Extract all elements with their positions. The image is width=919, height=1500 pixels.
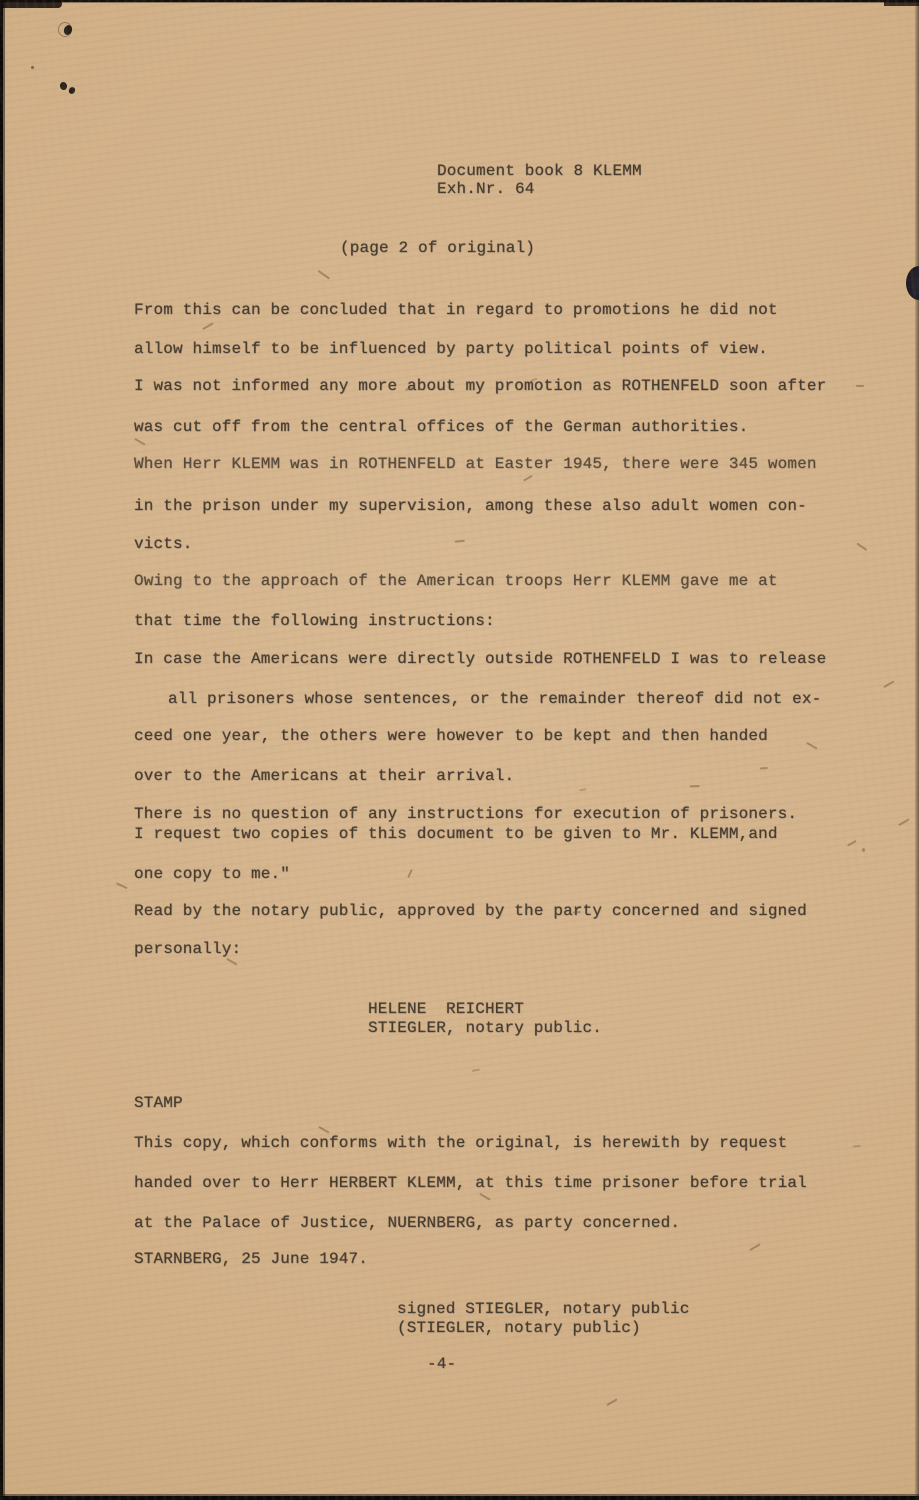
signed-notary-line: (STIEGLER, notary public) (397, 1318, 641, 1338)
stamp-label: STAMP (134, 1093, 183, 1113)
body-line: over to the Americans at their arrival. (134, 766, 514, 786)
paper-fiber-mark (749, 1243, 760, 1250)
page-number: -4- (427, 1354, 456, 1374)
body-line: I was not informed any more about my pro… (134, 376, 826, 396)
paper-fiber-mark (847, 840, 856, 846)
paper-fiber-mark (472, 1069, 480, 1072)
signed-notary-line: signed STIEGLER, notary public (397, 1299, 690, 1319)
body-line: was cut off from the central offices of … (134, 417, 748, 437)
paper-fiber-mark (853, 1145, 861, 1147)
body-line: allow himself to be influenced by party … (134, 339, 768, 359)
certification-line: This copy, which conforms with the origi… (134, 1133, 787, 1153)
paper-fiber-mark (579, 788, 586, 791)
body-line: victs. (134, 534, 193, 554)
scanned-document-page: Document book 8 KLEMM Exh.Nr. 64 (page 2… (0, 0, 919, 1500)
body-line: in the prison under my supervision, amon… (134, 496, 807, 516)
ink-spot (59, 81, 68, 91)
paper-fiber-mark (856, 385, 864, 387)
scan-corner-top-right (884, 0, 919, 6)
page-of-original-note: (page 2 of original) (340, 238, 535, 258)
scan-edge-left (0, 0, 5, 1500)
scan-edge-top (0, 0, 919, 3)
paper-fiber-mark (898, 818, 909, 825)
scan-edge-bottom (0, 1494, 919, 1500)
certification-line: at the Palace of Justice, NUERNBERG, as … (134, 1213, 680, 1233)
body-line: From this can be concluded that in regar… (134, 300, 778, 320)
paper-fiber-mark (806, 742, 817, 749)
body-line: Owing to the approach of the American tr… (134, 571, 778, 591)
place-date-line: STARNBERG, 25 June 1947. (134, 1249, 368, 1269)
ink-blot-right-edge (906, 266, 919, 300)
body-line: In case the Americans were directly outs… (134, 649, 826, 669)
paper-fiber-mark (479, 1193, 490, 1200)
paper-fiber-mark (134, 438, 145, 445)
document-book-label: Document book 8 KLEMM (437, 161, 642, 181)
body-line: When Herr KLEMM was in ROTHENFELD at Eas… (134, 454, 817, 474)
body-line: Read by the notary public, approved by t… (134, 901, 807, 921)
scan-edge-right (915, 0, 919, 1500)
paper-fiber-mark (455, 540, 465, 542)
body-line-indented: all prisoners whose sentences, or the re… (168, 689, 821, 709)
body-line: There is no question of any instructions… (134, 804, 797, 824)
body-line: ceed one year, the others were however t… (134, 726, 768, 746)
paper-fiber-mark (856, 543, 867, 551)
paper-fiber-mark (116, 883, 128, 889)
exhibit-number: Exh.Nr. 64 (437, 179, 535, 199)
ink-spot (31, 66, 34, 69)
body-line: personally: (134, 939, 241, 959)
paper-fiber-mark (407, 869, 412, 878)
paper-fiber-mark (318, 270, 330, 279)
paper-fiber-mark (226, 958, 237, 965)
paper-fiber-mark (523, 475, 532, 481)
paper-fiber-mark (883, 680, 894, 687)
body-line: that time the following instructions: (134, 611, 495, 631)
paper-fiber-mark (202, 322, 213, 329)
body-line: one copy to me." (134, 864, 290, 884)
body-line: I request two copies of this document to… (134, 824, 778, 844)
paper-fiber-mark (760, 767, 768, 769)
scan-corner-top-left (0, 0, 62, 8)
paper-fiber-mark (606, 1398, 617, 1405)
paper-fiber-mark (690, 785, 700, 787)
paper-fiber-mark (862, 848, 865, 852)
notary-name: STIEGLER, notary public. (368, 1018, 602, 1038)
ink-spot (68, 86, 77, 95)
witness-name: HELENE REICHERT (368, 999, 524, 1019)
certification-line: handed over to Herr HERBERT KLEMM, at th… (134, 1173, 807, 1193)
